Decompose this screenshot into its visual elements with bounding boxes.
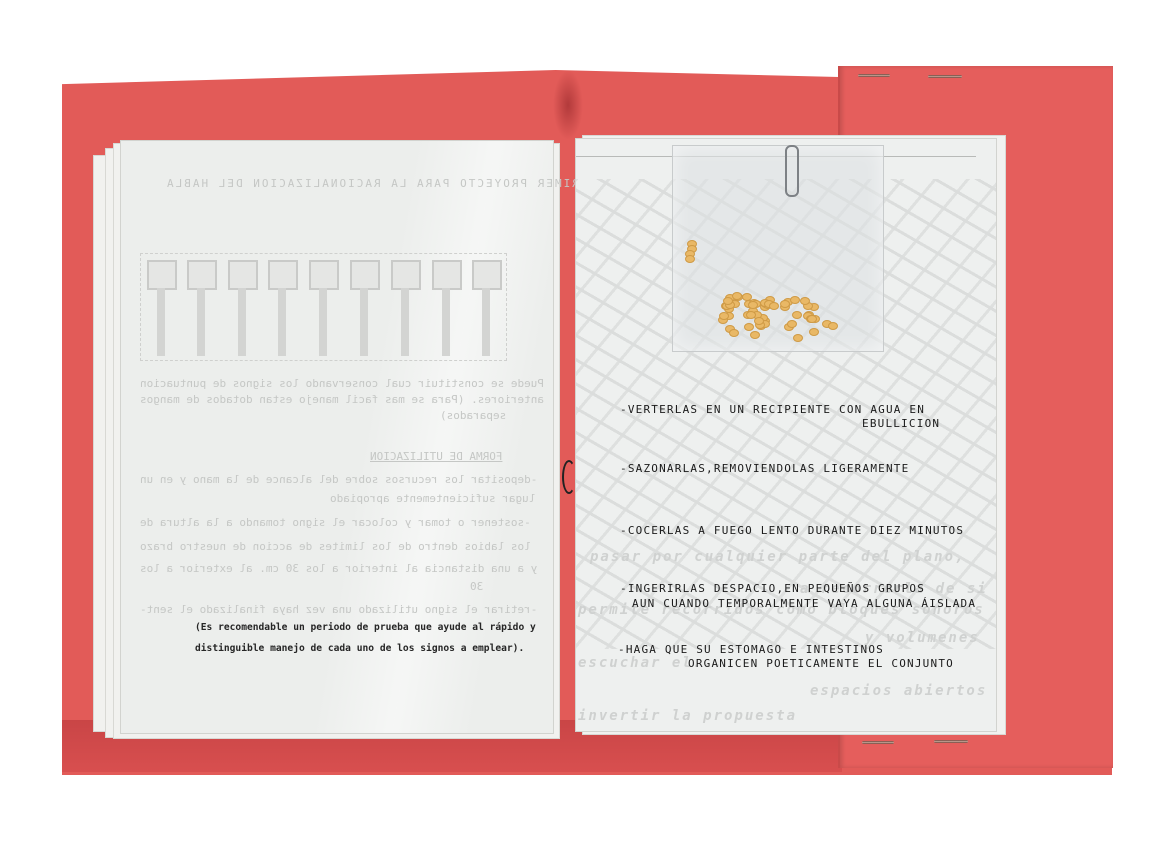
pasta-piece — [792, 311, 802, 319]
sign-handle — [319, 288, 327, 356]
instruction-line: EBULLICION — [862, 417, 940, 430]
folder-crease — [553, 70, 583, 140]
triangle-sign-icon — [472, 260, 502, 290]
ghost-instruction: los labios dentro de los limites de acci… — [140, 540, 531, 553]
parenthesis-sign-icon — [187, 260, 217, 290]
typed-note-line: distinguible manejo de cada uno de los s… — [195, 643, 524, 654]
paperclip-icon — [785, 145, 799, 197]
instruction-line: -HAGA QUE SU ESTOMAGO E INTESTINOS — [618, 643, 884, 656]
pasta-piece — [828, 322, 838, 330]
sign-handle — [442, 288, 450, 356]
binder-ring-icon — [562, 460, 576, 494]
diamond-sign-icon — [147, 260, 177, 290]
pasta-piece — [807, 315, 817, 323]
colon-sign-icon — [350, 260, 380, 290]
question-sign-icon — [268, 260, 298, 290]
period-sign-icon — [391, 260, 421, 290]
pasta-piece — [769, 302, 779, 310]
ghost-paragraph: separados) — [440, 409, 506, 422]
sign-handle — [278, 288, 286, 356]
ghost-instruction: -sostener o tomar y colocar el signo tom… — [140, 516, 531, 529]
instruction-line: AUN CUANDO TEMPORALMENTE VAYA ALGUNA ÁIS… — [632, 597, 976, 610]
ghost-line: invertir la propuesta — [578, 708, 797, 724]
ghost-instruction: lugar suficientemente apropiado — [330, 492, 535, 505]
sign-handle — [157, 288, 165, 356]
sign-handle — [401, 288, 409, 356]
staple-icon — [858, 74, 890, 77]
ghost-subheading: FORMA DE UTILIZACION — [370, 450, 502, 463]
ellipsis-sign-icon — [309, 260, 339, 290]
sign-handle — [238, 288, 246, 356]
staple-icon — [928, 75, 962, 78]
bar-sign-icon — [228, 260, 258, 290]
pasta-piece — [729, 329, 739, 337]
sign-handle — [360, 288, 368, 356]
ghost-header: PRIMER PROYECTO PARA LA RACIONALIZACION … — [165, 177, 588, 190]
ghost-line: espacios abiertos — [810, 683, 987, 699]
pasta-bag[interactable] — [672, 145, 884, 352]
ghost-paragraph: Puede se constituir cual conservando los… — [140, 377, 544, 390]
pasta-piece — [793, 334, 803, 342]
sign-handle — [482, 288, 490, 356]
pasta-piece — [742, 293, 752, 301]
staple-icon — [862, 741, 894, 744]
instruction-line: -VERTERLAS EN UN RECIPIENTE CON AGUA EN — [620, 403, 925, 416]
ghost-paragraph: anteriores. (Para se mas facil manejo es… — [140, 393, 544, 406]
pasta-piece — [750, 331, 760, 339]
instruction-line: -INGERIRLAS DESPACIO,EN PEQUEÑOS GRUPOS — [620, 582, 925, 595]
ghost-instruction: -retirar el signo utilizado una vez haya… — [140, 603, 537, 616]
pasta-piece — [719, 312, 729, 320]
typed-note-line: (Es recomendable un periodo de prueba qu… — [195, 622, 536, 633]
ghost-instruction: y a una distancia al interior a los 30 c… — [140, 562, 537, 575]
instruction-line: -COCERLAS A FUEGO LENTO DURANTE DIEZ MIN… — [620, 524, 964, 537]
instruction-line: ORGANICEN POETICAMENTE EL CONJUNTO — [688, 657, 954, 670]
instruction-line: -SAZONARLAS,REMOVIENDOLAS LIGERAMENTE — [620, 462, 909, 475]
ghost-instruction: -depositar los recursos sobre del alcanc… — [140, 473, 537, 486]
exclamation-sign-icon — [432, 260, 462, 290]
ghost-instruction: 30 — [470, 580, 483, 593]
pasta-piece — [787, 320, 797, 328]
pasta-piece — [790, 296, 800, 304]
sign-handle — [197, 288, 205, 356]
ghost-line: pasar por cualquier parte del plano, — [590, 549, 965, 565]
staple-icon — [934, 740, 968, 743]
